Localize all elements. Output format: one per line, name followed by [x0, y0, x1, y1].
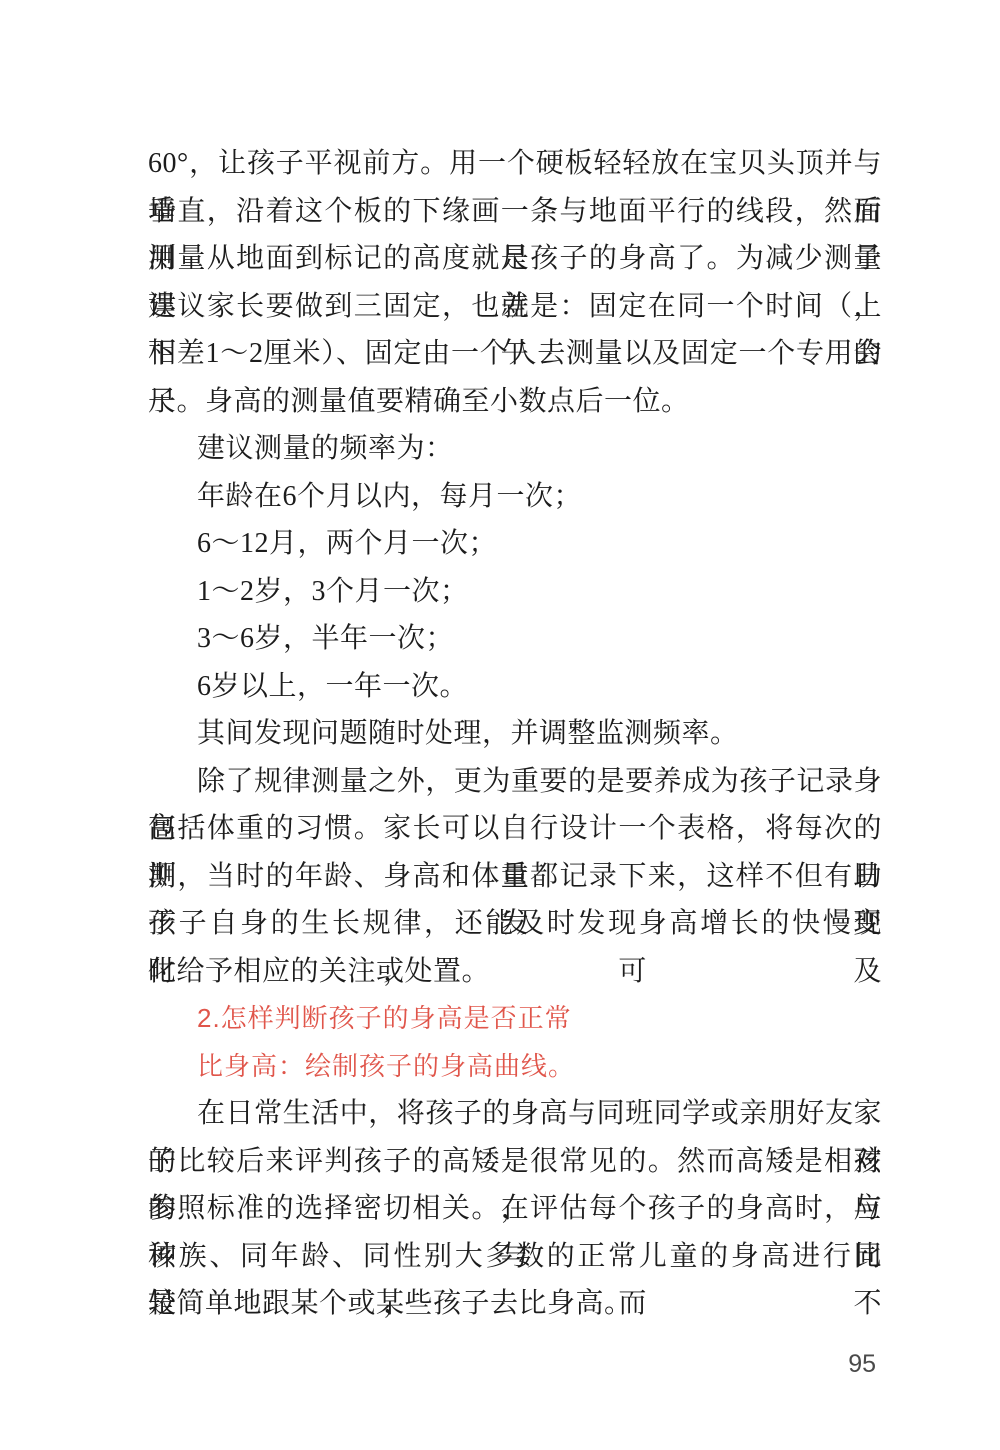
body-line: 子。身高的测量值要精确至小数点后一位。	[148, 378, 882, 426]
page-number: 95	[848, 1350, 876, 1379]
frequency-note: 其间发现问题随时处理，并调整监测频率。	[148, 710, 882, 758]
body-line: 子比较后来评判孩子的高矮是很常见的。然而高矮是相对的，与	[148, 1138, 882, 1186]
frequency-item: 3～6岁，半年一次；	[148, 615, 882, 663]
body-line: 种族、同年龄、同性别大多数的正常儿童的身高进行比较，而不	[148, 1233, 882, 1281]
body-line: 测量从地面到标记的高度就是孩子的身高了。为减少测量误差，	[148, 235, 882, 283]
body-line: 60°，让孩子平视前方。用一个硬板轻轻放在宝贝头顶并与墙面	[148, 140, 882, 188]
section-heading: 2.怎样判断孩子的身高是否正常	[148, 995, 882, 1043]
frequency-item: 1～2岁，3个月一次；	[148, 568, 882, 616]
body-line: 包括体重的习惯。家长可以自行设计一个表格，将每次的测量日	[148, 805, 882, 853]
body-line: 孩子自身的生长规律，还能及时发现身高增长的快慢变化，可及	[148, 900, 882, 948]
frequency-item: 年龄在6个月以内，每月一次；	[148, 473, 882, 521]
body-line: 在日常生活中，将孩子的身高与同班同学或亲朋好友家的孩	[148, 1090, 882, 1138]
frequency-item: 6～12月，两个月一次；	[148, 520, 882, 568]
frequency-item: 6岁以上，一年一次。	[148, 663, 882, 711]
text-block: 60°，让孩子平视前方。用一个硬板轻轻放在宝贝头顶并与墙面 垂直，沿着这个板的下…	[148, 140, 882, 1328]
body-line: 期，当时的年龄、身高和体重都记录下来，这样不但有助于发现	[148, 853, 882, 901]
frequency-intro: 建议测量的频率为：	[148, 425, 882, 473]
body-line: 相差1～2厘米）、固定由一个人去测量以及固定一个专用的尺	[148, 330, 882, 378]
book-page: 60°，让孩子平视前方。用一个硬板轻轻放在宝贝头顶并与墙面 垂直，沿着这个板的下…	[0, 0, 1000, 1450]
body-line: 建议家长要做到三固定，也就是：固定在同一个时间（上下午会	[148, 283, 882, 331]
body-line: 除了规律测量之外，更为重要的是要养成为孩子记录身高	[148, 758, 882, 806]
body-line: 参照标准的选择密切相关。在评估每个孩子的身高时，应该与同	[148, 1185, 882, 1233]
section-subheading: 比身高：绘制孩子的身高曲线。	[148, 1043, 882, 1091]
body-line: 垂直，沿着这个板的下缘画一条与地面平行的线段，然后用尺子	[148, 188, 882, 236]
